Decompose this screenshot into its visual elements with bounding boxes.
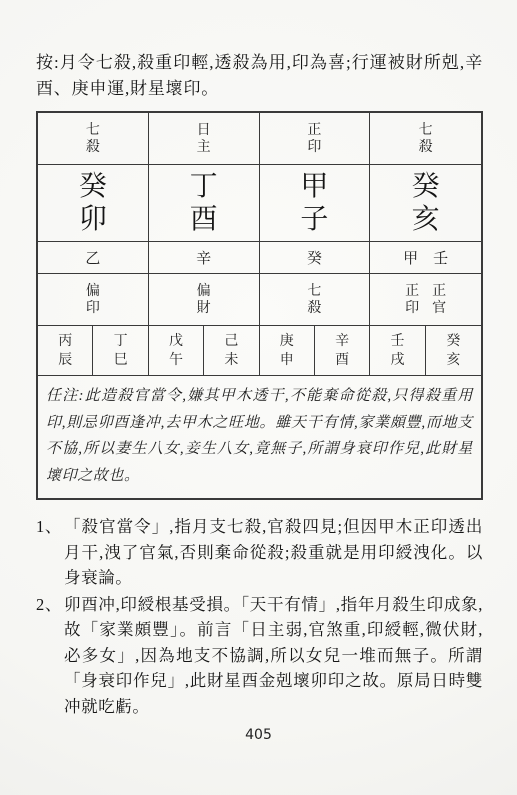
pillar-ganzhi-month: 甲 子 <box>260 165 371 241</box>
hidden-god-year: 正 印正 官 <box>370 274 481 325</box>
luck-pillar-8: 癸 亥 <box>426 326 481 375</box>
hidden-stem-row: 乙 辛 癸 甲 壬 <box>38 242 481 274</box>
ten-god-header-row: 七 殺 日 主 正 印 七 殺 <box>38 113 481 165</box>
commentary-text-1: 「殺官當令」,指月支七殺,官殺四見;但因甲木正印透出月干,洩了官氣,否則棄命從殺… <box>64 514 483 591</box>
commentary-number-1: 1、 <box>36 514 64 591</box>
luck-pillar-6: 辛 酉 <box>315 326 370 375</box>
intro-paragraph: 按:月令七殺,殺重印輕,透殺為用,印為喜;行運被財所剋,辛酉、庚申運,財星壞印。 <box>36 50 483 102</box>
commentary-number-2: 2、 <box>36 592 64 720</box>
hidden-god-year-pair: 正 印正 官 <box>405 283 446 317</box>
luck-pillar-4: 己 未 <box>204 326 259 375</box>
book-page: 按:月令七殺,殺重印輕,透殺為用,印為喜;行運被財所剋,辛酉、庚申運,財星壞印。… <box>0 0 517 795</box>
luck-pillar-7: 壬 戌 <box>370 326 425 375</box>
ganzhi-pillar-row: 癸 卯 丁 酉 甲 子 癸 亥 <box>38 165 481 242</box>
commentary-item-1: 1、 「殺官當令」,指月支七殺,官殺四見;但因甲木正印透出月干,洩了官氣,否則棄… <box>36 514 483 591</box>
luck-pillar-row: 丙 辰 丁 巳 戊 午 己 未 庚 申 辛 酉 壬 戌 癸 亥 <box>38 326 481 376</box>
pillar-header-month: 正 印 <box>260 113 371 164</box>
pillar-ganzhi-year: 癸 亥 <box>370 165 481 241</box>
hidden-stem-hour: 乙 <box>38 242 149 273</box>
hidden-god-year-a: 正 印 <box>405 283 419 317</box>
hidden-stem-year: 甲 壬 <box>370 242 481 273</box>
luck-pillar-2: 丁 巳 <box>93 326 148 375</box>
hidden-god-year-b: 正 官 <box>432 283 446 317</box>
commentary-text-2: 卯酉冲,印綬根基受損。「天干有情」,指年月殺生印成象,故「家業頗豐」。前言「日主… <box>64 592 483 720</box>
commentary-item-2: 2、 卯酉冲,印綬根基受損。「天干有情」,指年月殺生印成象,故「家業頗豐」。前言… <box>36 592 483 720</box>
pillar-ganzhi-hour: 癸 卯 <box>38 165 149 241</box>
hidden-god-hour: 偏 印 <box>38 274 149 325</box>
pillar-header-year: 七 殺 <box>370 113 481 164</box>
hidden-god-day: 偏 財 <box>149 274 260 325</box>
hidden-god-row: 偏 印 偏 財 七 殺 正 印正 官 <box>38 274 481 326</box>
hidden-stem-month: 癸 <box>260 242 371 273</box>
pillar-header-day: 日 主 <box>149 113 260 164</box>
hidden-stem-day: 辛 <box>149 242 260 273</box>
annotation-text: 任注:此造殺官當令,嫌其甲木透干,不能棄命從殺,只得殺重用印,則忌卯酉逢冲,去甲… <box>38 376 481 498</box>
pillar-header-hour: 七 殺 <box>38 113 149 164</box>
page-content: 按:月令七殺,殺重印輕,透殺為用,印為喜;行運被財所剋,辛酉、庚申運,財星壞印。… <box>36 50 483 720</box>
page-number: 405 <box>0 727 517 743</box>
bazi-chart-table: 七 殺 日 主 正 印 七 殺 癸 卯 丁 酉 甲 子 癸 亥 乙 辛 癸 甲 … <box>36 111 483 500</box>
commentary-list: 1、 「殺官當令」,指月支七殺,官殺四見;但因甲木正印透出月干,洩了官氣,否則棄… <box>36 514 483 719</box>
luck-pillar-1: 丙 辰 <box>38 326 93 375</box>
pillar-ganzhi-day: 丁 酉 <box>149 165 260 241</box>
hidden-god-month: 七 殺 <box>260 274 371 325</box>
luck-pillar-5: 庚 申 <box>260 326 315 375</box>
luck-pillar-3: 戊 午 <box>149 326 204 375</box>
